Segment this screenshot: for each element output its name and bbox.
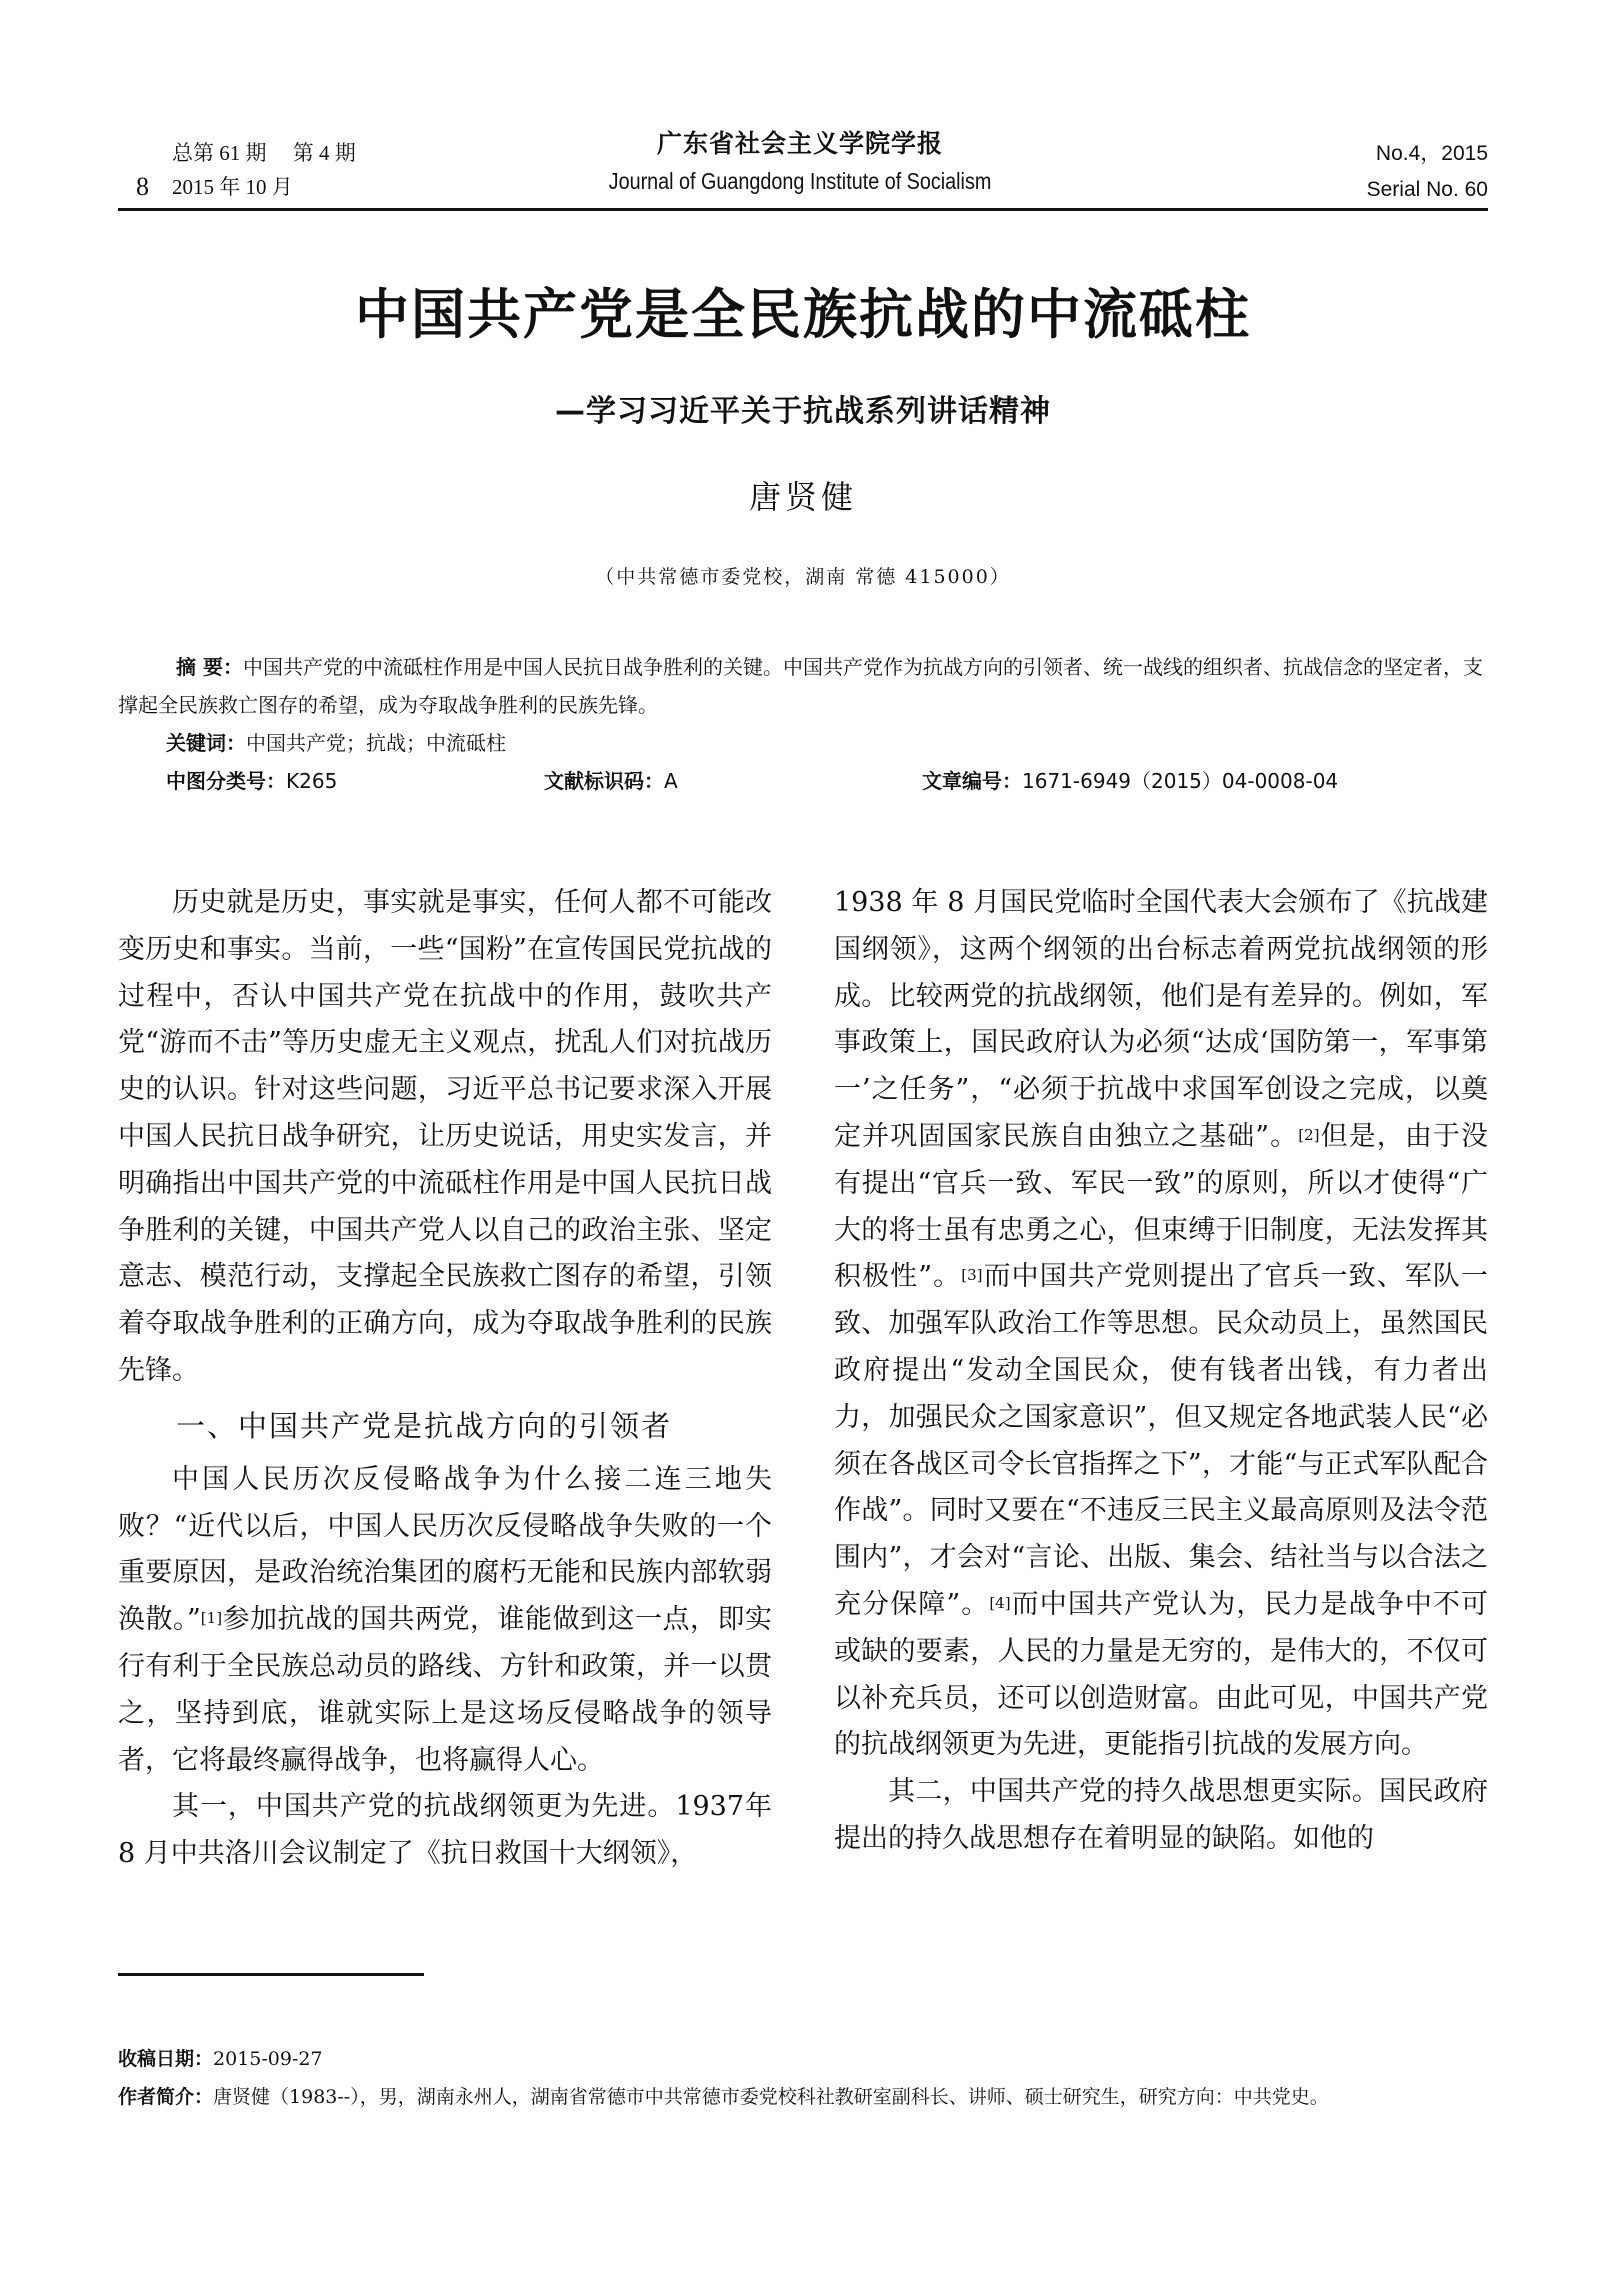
clc-label: 中图分类号： — [166, 769, 286, 793]
header-rule — [118, 208, 1488, 211]
article-id-label: 文章编号： — [922, 769, 1022, 793]
author-bio: 作者简介：唐贤健（1983--），男，湖南永州人，湖南省常德市中共常德市委党校科… — [118, 2078, 1488, 2116]
issue-date: 2015 年 10 月 — [172, 170, 356, 204]
article-author: 唐贤健 — [0, 472, 1606, 518]
serial-number: Serial No. 60 — [1367, 172, 1488, 208]
clc-value: K265 — [286, 769, 337, 793]
footnote-block: 收稿日期：2015-09-27 作者简介：唐贤健（1983--），男，湖南永州人… — [118, 2040, 1488, 2116]
body-column-left: 历史就是历史，事实就是事实，任何人都不可能改变历史和事实。当前，一些“国粉”在宣… — [118, 880, 772, 1878]
paragraph-intro: 历史就是历史，事实就是事实，任何人都不可能改变历史和事实。当前，一些“国粉”在宣… — [118, 880, 772, 1395]
abstract-text: 中国共产党的中流砥柱作用是中国人民抗日战争胜利的关键。中国共产党作为抗战方向的引… — [118, 655, 1483, 717]
journal-title-en: Journal of Guangdong Institute of Social… — [542, 164, 1058, 198]
keywords: 关键词：中国共产党；抗战；中流砥柱 — [118, 724, 1488, 762]
paragraph-2-text-b: 参加抗战的国共两党，谁能做到这一点，即实行有利于全民族总动员的路线、方针和政策，… — [118, 1604, 772, 1775]
paragraph-text-a: 1938 年 8 月国民党临时全国代表大会颁布了《抗战建国纲领》，这两个纲领的出… — [834, 887, 1488, 1152]
issue-year: No.4，2015 — [1367, 136, 1488, 172]
journal-title-cn: 广东省社会主义学院学报 — [500, 124, 1100, 164]
received-label: 收稿日期： — [118, 2048, 213, 2070]
received-date: 收稿日期：2015-09-27 — [118, 2040, 1488, 2078]
paragraph-continued: 1938 年 8 月国民党临时全国代表大会颁布了《抗战建国纲领》，这两个纲领的出… — [834, 880, 1488, 1769]
doc-code-value: A — [664, 769, 678, 793]
clc-number: 中图分类号：K265 — [166, 762, 544, 800]
page-number: 8 — [136, 172, 149, 202]
abstract-label: 摘 要： — [176, 655, 243, 679]
classification-row: 中图分类号：K265 文献标识码：A 文章编号：1671-6949（2015）0… — [118, 762, 1488, 800]
keywords-label: 关键词： — [166, 731, 246, 755]
article-id-value: 1671-6949（2015）04-0008-04 — [1022, 769, 1338, 793]
paragraph-3: 其一，中国共产党的抗战纲领更为先进。1937年 8 月中共洛川会议制定了《抗日救… — [118, 1784, 772, 1878]
paragraph-text-c: 而中国共产党则提出了官兵一致、军队一致、加强军队政治工作等思想。民众动员上，虽然… — [834, 1261, 1488, 1620]
journal-title: 广东省社会主义学院学报 Journal of Guangdong Institu… — [500, 124, 1100, 198]
issue-total: 总第 61 期 — [172, 141, 267, 165]
header-issue-info: 总第 61 期 第 4 期 2015 年 10 月 — [172, 136, 356, 204]
citation-2[interactable]: [2] — [1298, 1126, 1319, 1144]
citation-4[interactable]: [4] — [989, 1594, 1010, 1612]
citation-1[interactable]: [1] — [201, 1609, 222, 1627]
author-bio-text: 唐贤健（1983--），男，湖南永州人，湖南省常德市中共常德市委党校科社教研室副… — [213, 2086, 1329, 2108]
paragraph-second-point: 其二，中国共产党的持久战思想更实际。国民政府提出的持久战思想存在着明显的缺陷。如… — [834, 1769, 1488, 1863]
paragraph-2: 中国人民历次反侵略战争为什么接二连三地失败？“近代以后，中国人民历次反侵略战争失… — [118, 1457, 772, 1785]
author-bio-label: 作者简介： — [118, 2086, 213, 2108]
received-value: 2015-09-27 — [213, 2048, 323, 2070]
header-serial-info: No.4，2015 Serial No. 60 — [1367, 136, 1488, 208]
citation-3[interactable]: [3] — [961, 1266, 982, 1284]
keywords-text: 中国共产党；抗战；中流砥柱 — [246, 731, 506, 755]
article-subtitle: —学习习近平关于抗战系列讲话精神 — [0, 386, 1606, 430]
article-id: 文章编号：1671-6949（2015）04-0008-04 — [922, 762, 1338, 800]
doc-code-label: 文献标识码： — [544, 769, 664, 793]
footnote-rule — [118, 1973, 424, 1976]
section-heading-1: 一、中国共产党是抗战方向的引领者 — [118, 1403, 772, 1449]
abstract-block: 摘 要：中国共产党的中流砥柱作用是中国人民抗日战争胜利的关键。中国共产党作为抗战… — [118, 648, 1488, 800]
issue-row: 总第 61 期 第 4 期 — [172, 136, 356, 170]
document-code: 文献标识码：A — [544, 762, 922, 800]
issue-number: 第 4 期 — [293, 141, 356, 165]
article-title: 中国共产党是全民族抗战的中流砥柱 — [0, 272, 1606, 349]
author-affiliation: （中共常德市委党校，湖南 常德 415000） — [0, 562, 1606, 589]
body-column-right: 1938 年 8 月国民党临时全国代表大会颁布了《抗战建国纲领》，这两个纲领的出… — [834, 880, 1488, 1863]
abstract: 摘 要：中国共产党的中流砥柱作用是中国人民抗日战争胜利的关键。中国共产党作为抗战… — [118, 648, 1488, 724]
